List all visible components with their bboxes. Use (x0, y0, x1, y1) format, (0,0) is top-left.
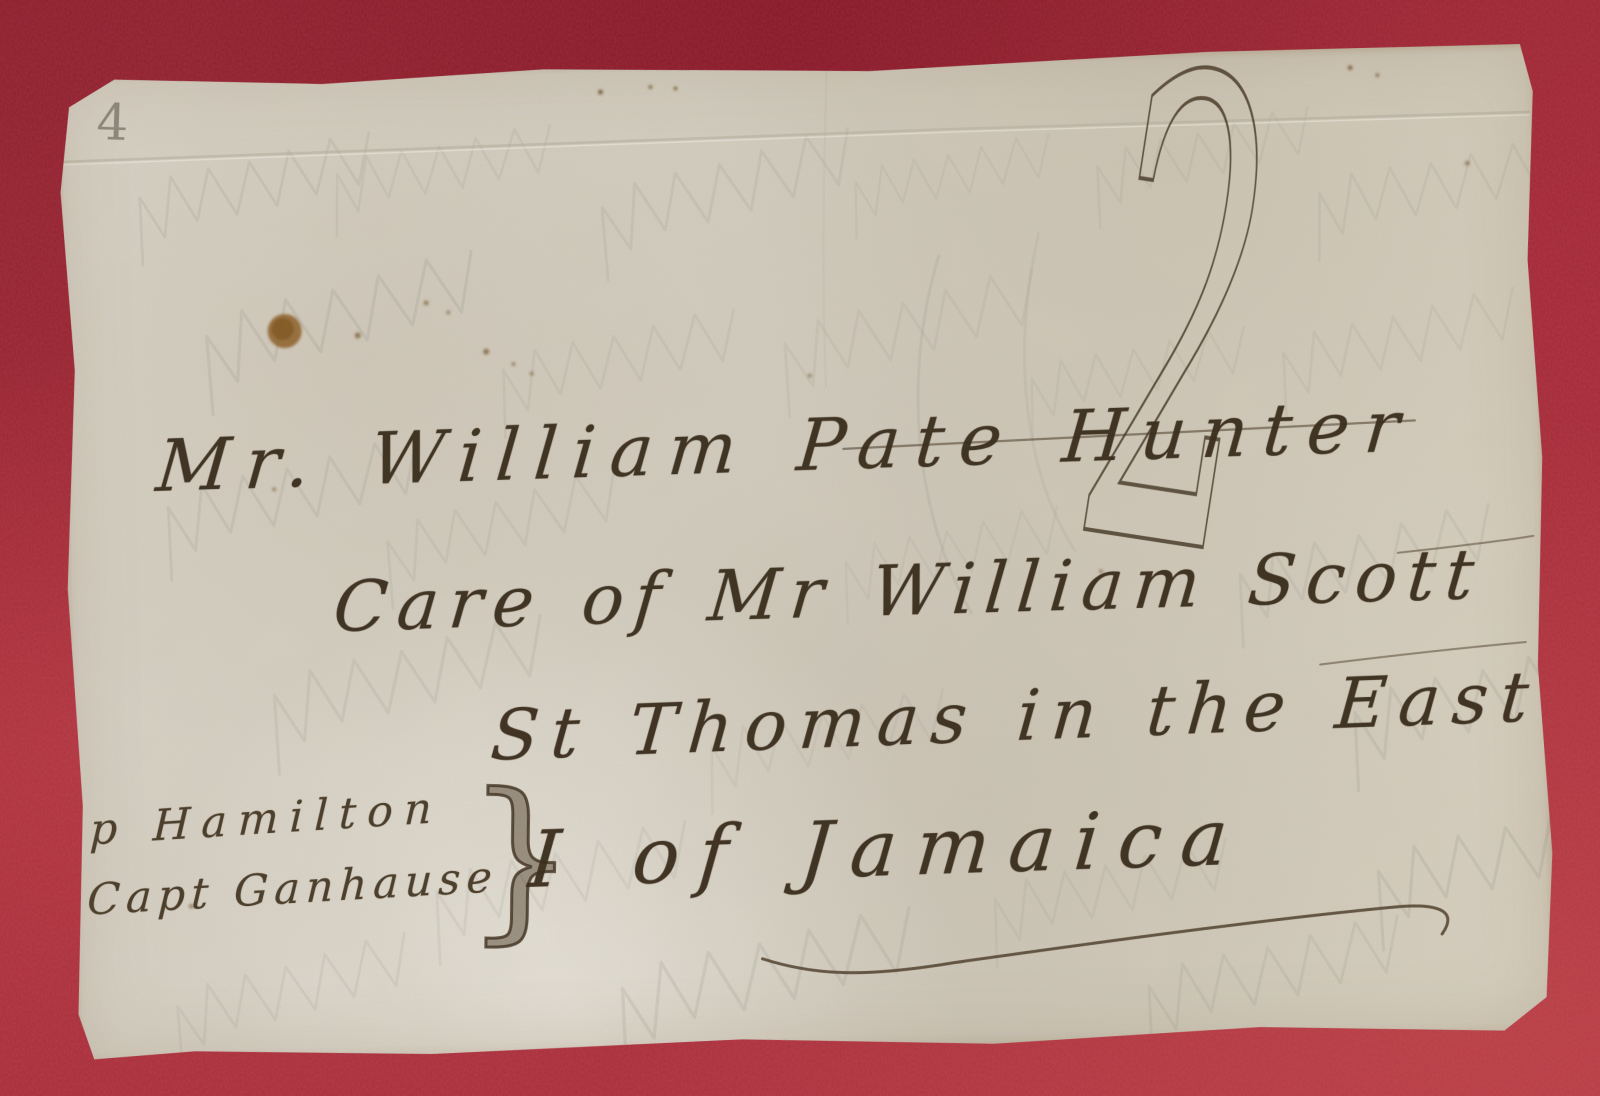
photo-red-fabric-background: 4 2 Mr. William Pate Hunter Care of Mr W… (0, 0, 1600, 1096)
folded-letter-cover: 4 2 Mr. William Pate Hunter Care of Mr W… (55, 42, 1556, 1064)
ship-note-brace: } (464, 771, 578, 947)
pencil-number: 4 (96, 93, 130, 152)
